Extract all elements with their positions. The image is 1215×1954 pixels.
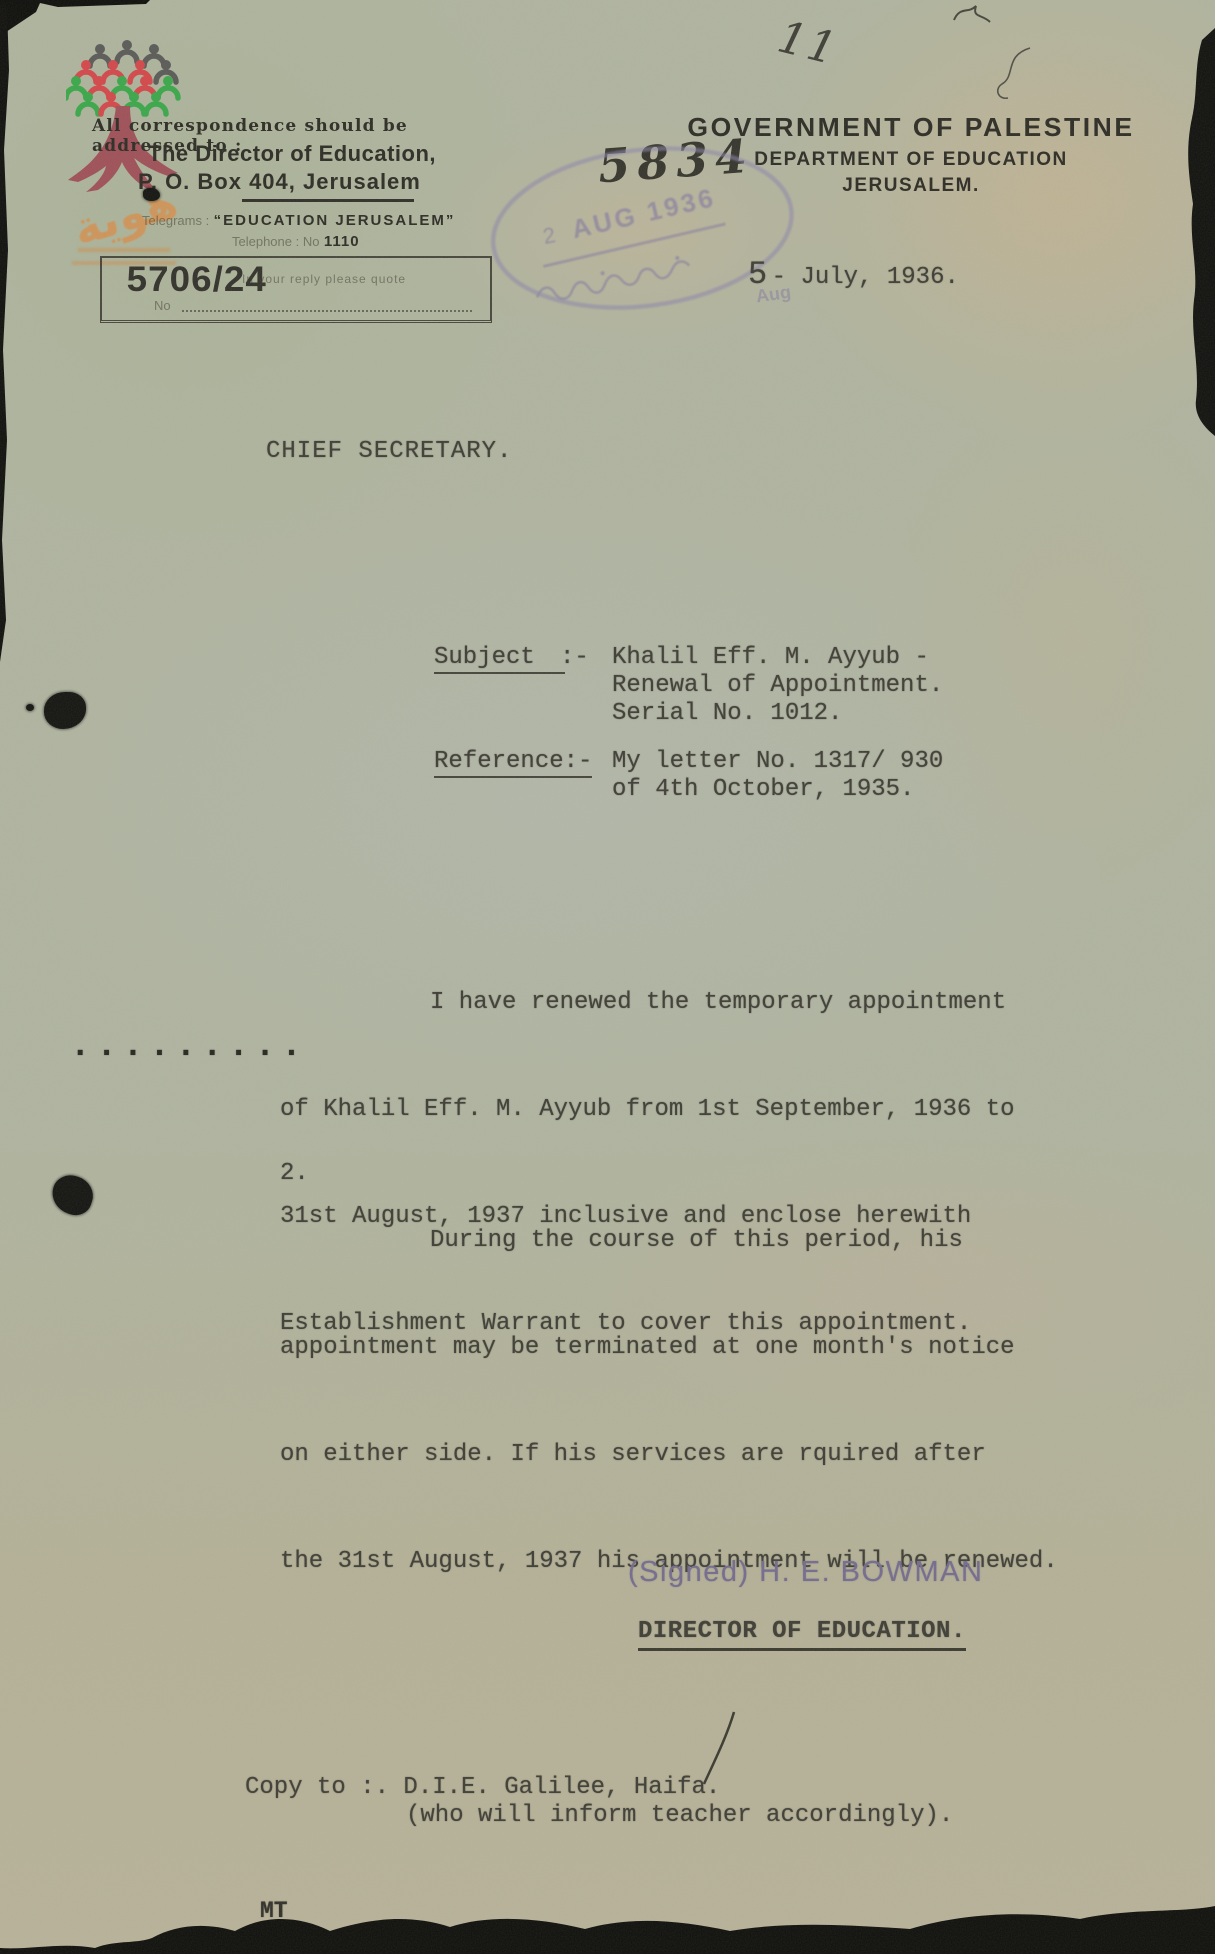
telegrams-value: “EDUCATION JERUSALEM” [214, 212, 456, 229]
subject-line-3: Serial No. 1012. [612, 700, 842, 727]
subject-separator: :- [560, 644, 589, 671]
torn-edge-left [0, 5, 9, 662]
signed-stamp-line: (Signed) H. E. BOWMAN [628, 1556, 983, 1589]
telephone-label: Telephone : No [232, 234, 319, 249]
logo-canopy-people [66, 40, 178, 114]
reference-number-box: 5706/24 In your reply please quote No [100, 256, 492, 323]
torn-edge-bottom [0, 1906, 1215, 1954]
addressee-line: The Director of Education, [148, 141, 436, 167]
date-line: 5 - July, 1936. [748, 256, 959, 293]
scanned-letter-page: هوية [0, 0, 1215, 1954]
copy-to-line-2: (who will inform teacher accordingly). [406, 1802, 953, 1829]
checkmark-pen-tick [700, 1710, 740, 1790]
archive-watermark-small-text [78, 248, 170, 252]
no-label: No [154, 298, 171, 313]
copy-to-line-1: Copy to :. D.I.E. Galilee, Haifa. [245, 1774, 720, 1801]
stamp-month-year: AUG 1936 [569, 182, 719, 244]
stamp-arabic-script-line [535, 261, 692, 302]
ink-speck [26, 704, 34, 711]
reference-line-1: My letter No. 1317/ 930 [612, 748, 943, 775]
reference-line-2: of 4th October, 1935. [612, 776, 914, 803]
margin-dots: ......... [70, 1028, 308, 1066]
subject-label: Subject [434, 644, 565, 674]
paragraph-line: on either side. If his services are rqui… [280, 1428, 1058, 1481]
recipient-line: CHIEF SECRETARY. [266, 438, 512, 465]
signature-title: DIRECTOR OF EDUCATION. [638, 1618, 966, 1651]
subject-line-1: Khalil Eff. M. Ayyub - [612, 644, 929, 671]
no-dotted-line [182, 310, 472, 312]
telegrams-line: Telegrams : “EDUCATION JERUSALEM” [142, 212, 455, 230]
paragraph-line: of Khalil Eff. M. Ayyub from 1st Septemb… [280, 1083, 1015, 1136]
pen-scribble-top [950, 2, 996, 28]
torn-edge-top-left [0, 0, 150, 36]
telephone-line: Telephone : No 1110 [232, 233, 360, 251]
paragraph-line: I have renewed the temporary appointment [430, 976, 1015, 1029]
po-box-line: P. O. Box 404, Jerusalem [138, 169, 421, 195]
date-rest: - July, 1936. [772, 264, 959, 291]
pen-scribble-curve [990, 46, 1042, 106]
ink-blot [44, 692, 86, 729]
ink-speck [143, 188, 160, 201]
subject-line-2: Renewal of Appointment. [612, 672, 943, 699]
reply-quote-note: In your reply please quote [242, 272, 406, 286]
received-date-stamp: 2 AUG 1936 [478, 128, 808, 338]
ink-blot [47, 1171, 98, 1220]
footer-initials: MT [260, 1898, 288, 1924]
stamp-day: 2 [541, 222, 558, 249]
torn-edge-right [1188, 28, 1215, 436]
letterhead-rule [242, 199, 414, 202]
reference-label: Reference:- [434, 748, 592, 778]
telephone-value: 1110 [324, 233, 360, 250]
date-day: 5 [748, 256, 767, 293]
handwritten-top-number: 11 [773, 11, 844, 75]
paper-tone-patch [860, 360, 1215, 920]
paragraph-line: During the course of this period, his [430, 1214, 1058, 1267]
paragraph-line: appointment may be terminated at one mon… [280, 1321, 1058, 1374]
telegrams-label: Telegrams : [142, 213, 209, 228]
